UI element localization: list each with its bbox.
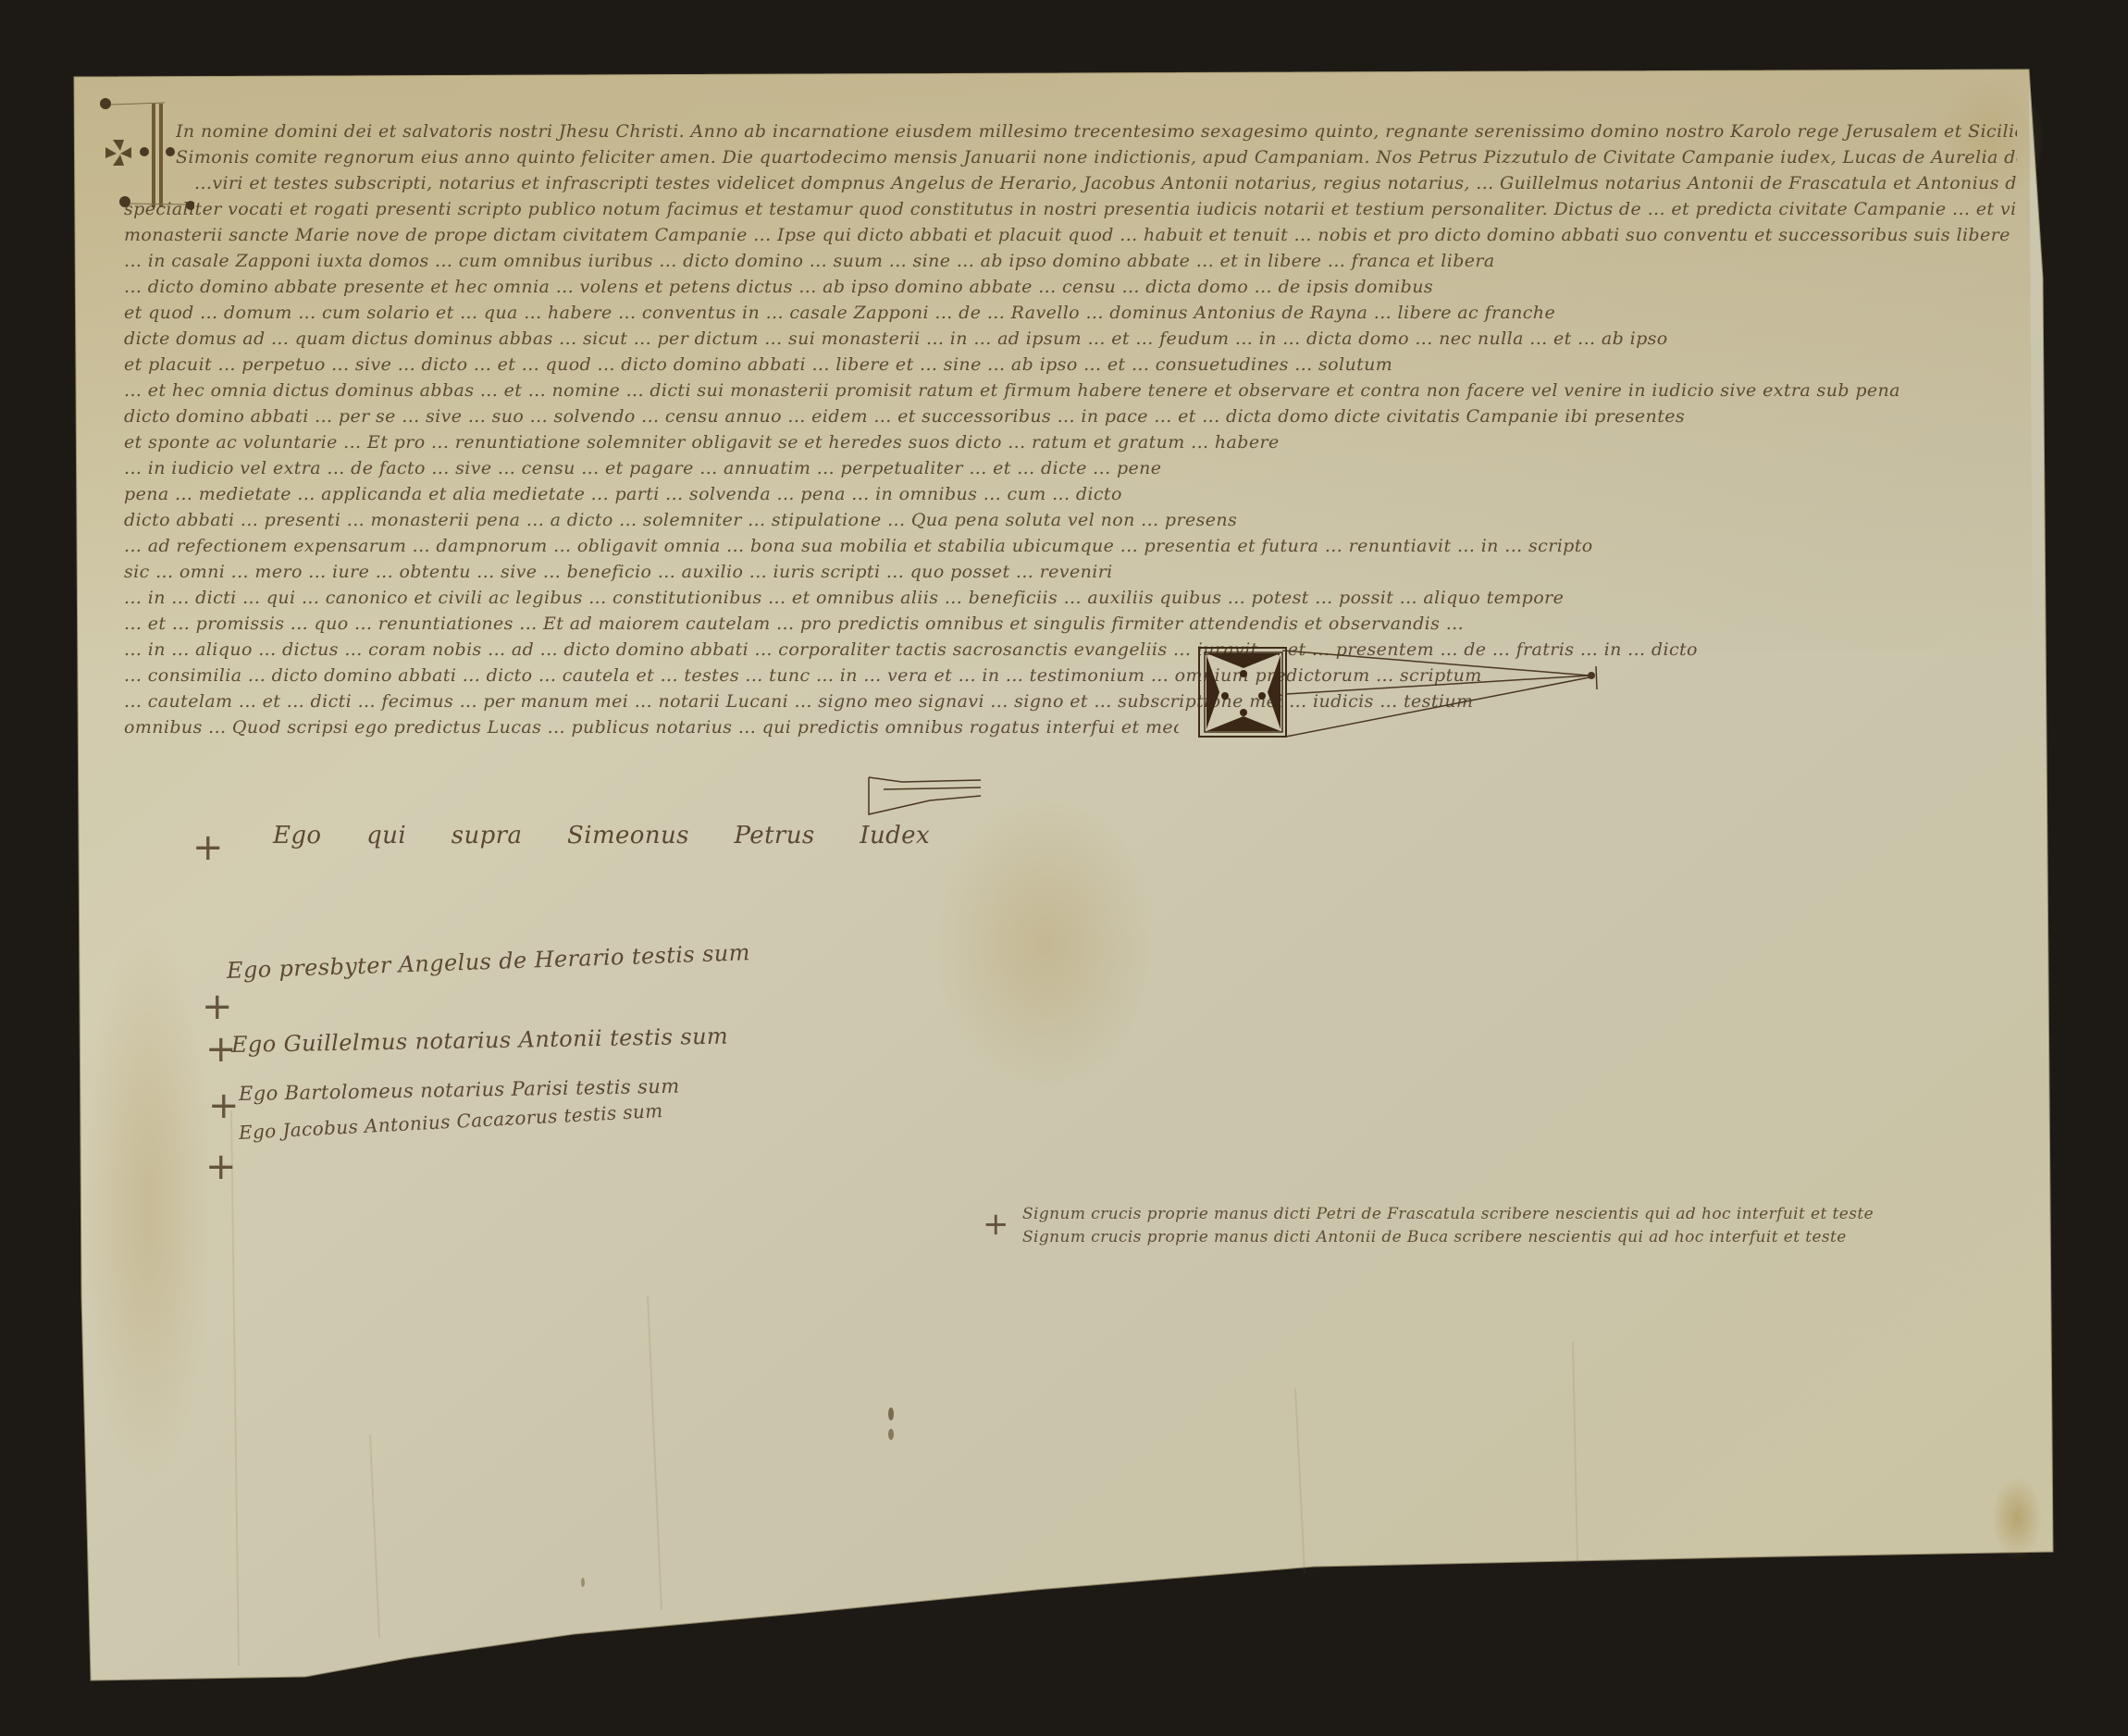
- cross-mark-icon: +: [208, 1085, 240, 1127]
- body-line: sic ... omni ... mero ... iure ... obten…: [124, 559, 2017, 585]
- body-line: ... dicto domino abbate presente et hec …: [124, 274, 2017, 300]
- body-line: dicte domus ad ... quam dictus dominus a…: [124, 326, 2017, 352]
- iudex-subscription: Ego qui supra Simeonus Petrus Iudex: [273, 822, 930, 849]
- body-line: ... in casale Zapponi iuxta domos ... cu…: [124, 248, 2017, 274]
- body-line: ... ad refectionem expensarum ... dampno…: [124, 533, 2017, 559]
- body-line: ... et hec omnia dictus dominus abbas ..…: [124, 378, 2017, 403]
- body-line: monasterii sancte Marie nove de prope di…: [124, 222, 2017, 248]
- body-line: Simonis comite regnorum eius anno quinto…: [176, 144, 2017, 170]
- body-line: ... in ... dicti ... qui ... canonico et…: [124, 585, 2017, 611]
- body-line: et placuit ... perpetuo ... sive ... dic…: [124, 352, 2017, 378]
- body-line: dicto domino abbati ... per se ... sive …: [124, 403, 2017, 429]
- body-line: ... in ... aliquo ... dictus ... coram n…: [124, 637, 2017, 663]
- body-line: specialiter vocati et rogati presenti sc…: [124, 196, 2017, 222]
- body-line: et sponte ac voluntarie ... Et pro ... r…: [124, 429, 2017, 455]
- iudex-paraph-icon: [865, 773, 985, 819]
- body-line: et quod ... domum ... cum solario et ...…: [124, 300, 2017, 326]
- cross-mark-icon: +: [205, 1146, 237, 1188]
- body-line: In nomine domini dei et salvatoris nostr…: [176, 118, 2017, 144]
- body-line: pena ... medietate ... applicanda et ali…: [124, 481, 2017, 507]
- cross-mark-icon: +: [202, 986, 233, 1028]
- cross-mark-icon: +: [192, 826, 224, 869]
- signum-line: Signum crucis proprie manus dicti Antoni…: [1022, 1228, 1847, 1246]
- body-line: ... et ... promissis ... quo ... renunti…: [124, 611, 2017, 637]
- body-line: omnibus ... Quod scripsi ego predictus L…: [124, 714, 1179, 740]
- body-line: ... in iudicio vel extra ... de facto ..…: [124, 455, 2017, 481]
- body-line: dicto abbati ... presenti ... monasterii…: [124, 507, 2017, 533]
- body-line: ...viri et testes subscripti, notarius e…: [194, 170, 2017, 196]
- body-line: ... consimilia ... dicto domino abbati .…: [124, 663, 2017, 688]
- signum-line: Signum crucis proprie manus dicti Petri …: [1022, 1205, 1874, 1223]
- notary-signum-icon: [1175, 639, 1619, 759]
- body-line: ... cautelam ... et ... dicti ... fecimu…: [124, 688, 2017, 714]
- cross-mark-icon: +: [983, 1206, 1009, 1243]
